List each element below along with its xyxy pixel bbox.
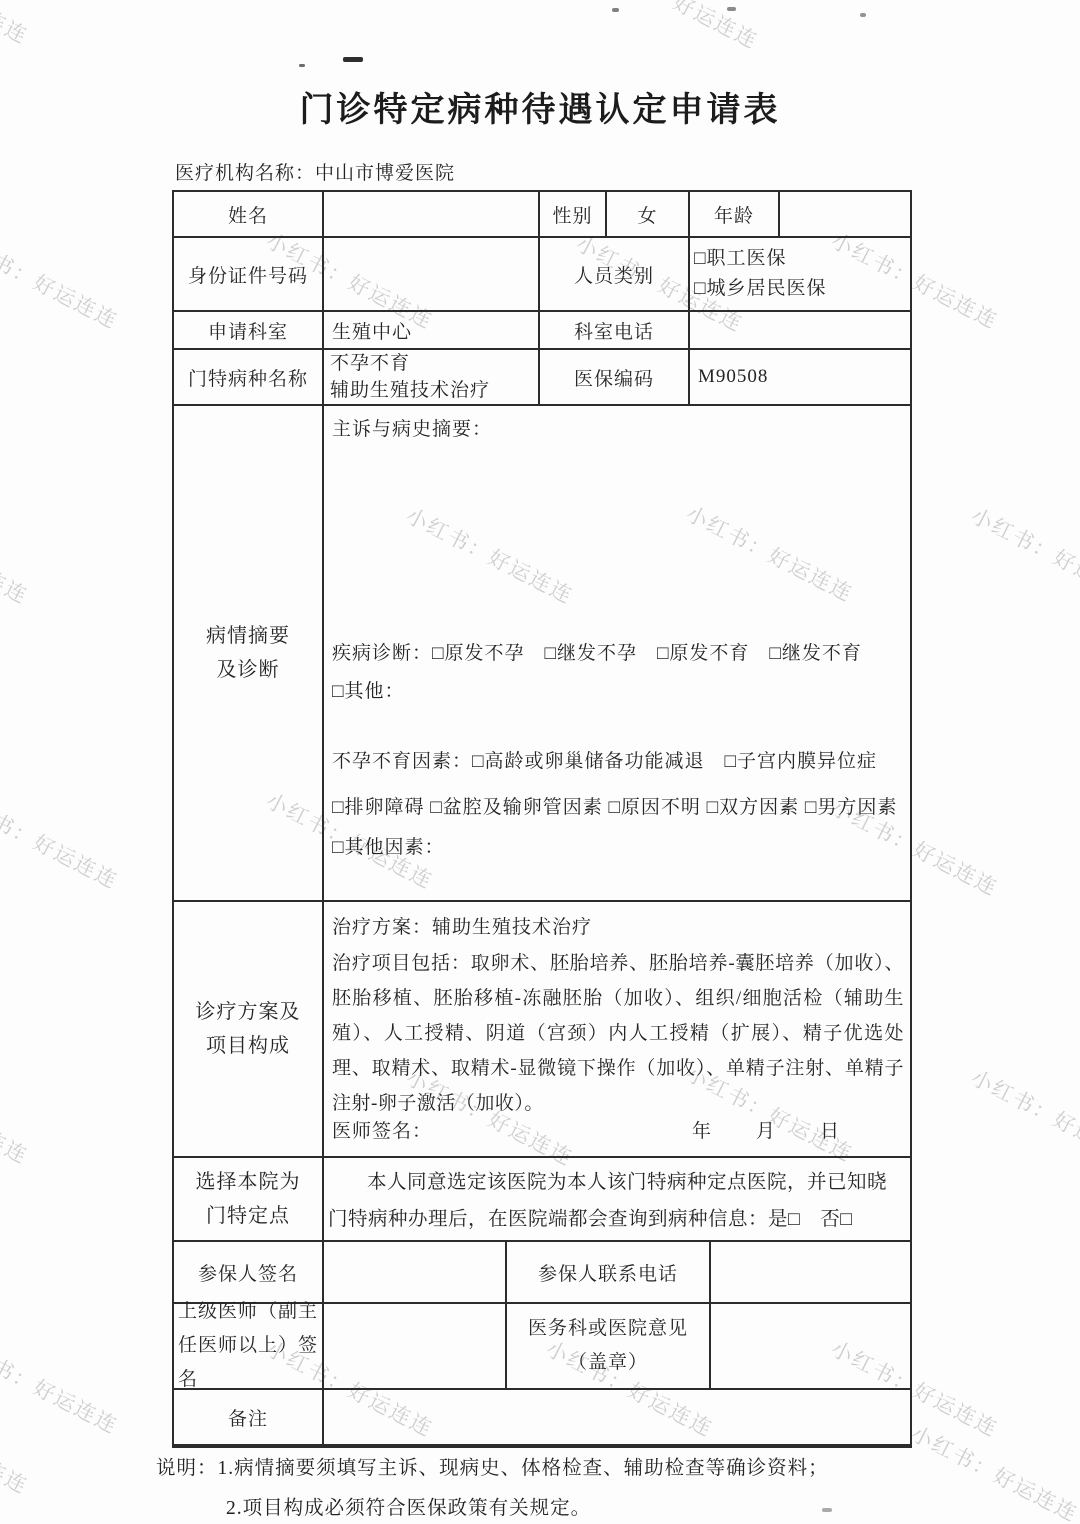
insurance-code-label: 医保编码 (540, 350, 690, 404)
watermark-text: 小红书：好运连连 (0, 785, 124, 895)
row-designation: 选择本院为 门特定点 本人同意选定该医院为本人该门特病种定点医院，并已知晓门特病… (174, 1158, 910, 1242)
plan-label-line1: 诊疗方案及 (196, 995, 301, 1029)
designation-content: 本人同意选定该医院为本人该门特病种定点医院，并已知晓门特病种办理后，在医院端都会… (324, 1158, 910, 1240)
row-id-type: 身份证件号码 人员类别 □职工医保 □城乡居民医保 (174, 238, 910, 312)
watermark-text: 小红书：好运连连 (0, 1060, 34, 1170)
date-year-label: 年 (692, 1116, 712, 1143)
insured-phone-field (711, 1242, 910, 1302)
watermark-text: 小红书：好运连连 (966, 1062, 1080, 1172)
remark-field (324, 1390, 910, 1444)
watermark-text: 小红书：好运连连 (0, 1330, 124, 1440)
id-number-field (324, 238, 540, 310)
medical-org-label: 医疗机构名称： (175, 163, 315, 184)
age-field (780, 192, 910, 236)
age-label: 年龄 (690, 192, 780, 236)
designation-label-line2: 门特定点 (206, 1199, 290, 1233)
option-resident-insurance: □城乡居民医保 (694, 274, 826, 304)
dept-phone-label: 科室电话 (540, 312, 690, 348)
scan-artifact (822, 1508, 832, 1512)
treatment-scheme: 治疗方案：辅助生殖技术治疗 (332, 912, 592, 939)
date-day-label: 日 (820, 1116, 840, 1143)
senior-doctor-field (324, 1304, 507, 1388)
row-plan: 诊疗方案及 项目构成 治疗方案：辅助生殖技术治疗 治疗项目包括：取卵术、胚胎培养… (174, 902, 910, 1158)
treatment-items: 治疗项目包括：取卵术、胚胎培养、胚胎培养-囊胚培养（加收）、胚胎移植、胚胎移植-… (332, 946, 904, 1121)
application-form-table: 姓名 性别 女 年龄 身份证件号码 人员类别 □职工医保 □城乡居民医保 申请科… (172, 190, 912, 1448)
notes-line1: 1.病情摘要须填写主诉、现病史、体格检查、辅助检查等确诊资料； (218, 1452, 829, 1480)
date-month-label: 月 (756, 1116, 776, 1143)
person-type-label: 人员类别 (540, 238, 690, 310)
person-type-options: □职工医保 □城乡居民医保 (690, 238, 910, 310)
factors-other-checkbox: □其他因素： (332, 832, 444, 859)
chief-complaint-label: 主诉与病史摘要： (332, 414, 492, 441)
summary-label: 病情摘要 及诊断 (174, 406, 324, 900)
row-department: 申请科室 生殖中心 科室电话 (174, 312, 910, 350)
row-disease: 门特病种名称 不孕不育 辅助生殖技术治疗 医保编码 M90508 (174, 350, 910, 406)
name-field (324, 192, 540, 236)
insured-sign-field (324, 1242, 507, 1302)
scan-artifact (727, 7, 736, 11)
plan-label-line2: 项目构成 (206, 1029, 290, 1063)
form-title: 门诊特定病种待遇认定申请表 (0, 82, 1080, 131)
doctor-sign-label: 医师签名： (332, 1116, 432, 1143)
row-senior-doctor: 上级医师（副主任医师以上）签名 医务科或医院意见（盖章） (174, 1304, 910, 1390)
summary-label-line1: 病情摘要 (206, 619, 290, 653)
disease-line1: 不孕不育 (330, 350, 410, 377)
hospital-opinion-label: 医务科或医院意见（盖章） (507, 1304, 711, 1388)
medical-org-value: 中山市博爱医院 (315, 163, 455, 184)
row-name: 姓名 性别 女 年龄 (174, 192, 910, 238)
plan-content: 治疗方案：辅助生殖技术治疗 治疗项目包括：取卵术、胚胎培养、胚胎培养-囊胚培养（… (324, 902, 910, 1156)
summary-content: 主诉与病史摘要： 疾病诊断：□原发不孕 □继发不孕 □原发不育 □继发不育 □其… (324, 406, 910, 900)
disease-name-label: 门特病种名称 (174, 350, 324, 404)
scanned-form-page: 小红书：好运连连小红书：好运连连小红书：好运连连小红书：好运连连小红书：好运连连… (0, 0, 1080, 1524)
doctor-sign-line: 医师签名： 年 月 日 (332, 1116, 908, 1143)
row-remark: 备注 (174, 1390, 910, 1444)
insured-phone-label: 参保人联系电话 (507, 1242, 711, 1302)
notes-prefix: 说明： (156, 1452, 218, 1480)
infertility-factors-line2: □排卵障碍 □盆腔及输卵管因素 □原因不明 □双方因素 □男方因素 (332, 792, 897, 819)
plan-label: 诊疗方案及 项目构成 (174, 902, 324, 1156)
footer-notes: 说明： 1.病情摘要须填写主诉、现病史、体格检查、辅助检查等确诊资料； 2.项目… (156, 1452, 829, 1520)
id-number-label: 身份证件号码 (174, 238, 324, 310)
watermark-text: 小红书：好运连连 (966, 500, 1080, 610)
watermark-text: 小红书：好运连连 (906, 1418, 1080, 1524)
row-summary: 病情摘要 及诊断 主诉与病史摘要： 疾病诊断：□原发不孕 □继发不孕 □原发不育… (174, 406, 910, 902)
diagnosis-other-checkbox: □其他： (332, 676, 404, 703)
insured-sign-label: 参保人签名 (174, 1242, 324, 1302)
scan-artifact (860, 13, 866, 17)
designation-consent-text: 本人同意选定该医院为本人该门特病种定点医院，并已知晓门特病种办理后，在医院端都会… (324, 1160, 910, 1238)
notes-line2: 2.项目构成必须符合医保政策有关规定。 (226, 1492, 829, 1520)
sign-date: 年 月 日 (692, 1116, 840, 1143)
department-value: 生殖中心 (324, 312, 540, 348)
watermark-text: 小红书：好运连连 (0, 500, 34, 610)
hospital-opinion-field (711, 1304, 910, 1388)
name-label: 姓名 (174, 192, 324, 236)
scan-artifact (343, 57, 363, 62)
watermark-text: 小红书：好运连连 (0, 225, 124, 335)
summary-label-line2: 及诊断 (217, 653, 280, 687)
insurance-code-value: M90508 (690, 350, 910, 404)
remark-label: 备注 (174, 1390, 324, 1444)
gender-value: 女 (607, 192, 690, 236)
disease-line2: 辅助生殖技术治疗 (330, 377, 490, 404)
medical-org-line: 医疗机构名称：中山市博爱医院 (175, 158, 455, 185)
senior-doctor-label: 上级医师（副主任医师以上）签名 (174, 1304, 324, 1388)
designation-label-line1: 选择本院为 (196, 1165, 301, 1199)
infertility-factors-line1: 不孕不育因素：□高龄或卵巢储备功能减退 □子宫内膜异位症 (332, 746, 877, 773)
disease-name-value: 不孕不育 辅助生殖技术治疗 (324, 350, 540, 404)
dept-phone-field (690, 312, 910, 348)
department-label: 申请科室 (174, 312, 324, 348)
diagnosis-checkbox-line: 疾病诊断：□原发不孕 □继发不孕 □原发不育 □继发不育 (332, 638, 862, 665)
scan-artifact (299, 64, 305, 67)
scan-artifact (612, 8, 619, 12)
watermark-text: 小红书：好运连连 (0, 1390, 34, 1500)
watermark-text: 小红书：好运连连 (0, 0, 34, 50)
gender-label: 性别 (540, 192, 607, 236)
option-employee-insurance: □职工医保 (694, 244, 786, 274)
designation-label: 选择本院为 门特定点 (174, 1158, 324, 1240)
